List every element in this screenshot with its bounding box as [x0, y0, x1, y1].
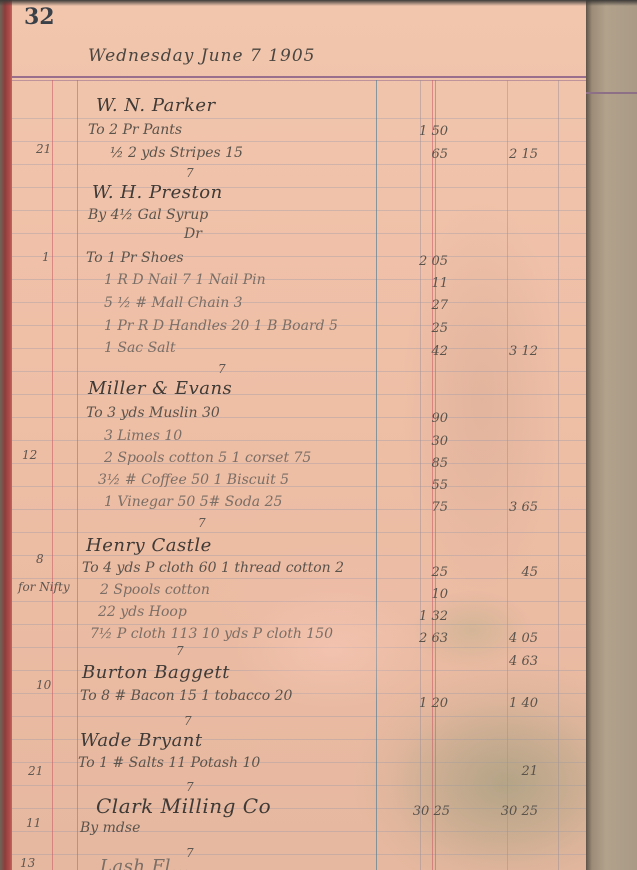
entry-day-marker: 7 [218, 362, 226, 376]
entry-day-marker: 7 [184, 714, 192, 728]
date-heading: Wednesday June 7 1905 [88, 46, 315, 66]
entry-margin-day: 8 [36, 552, 44, 566]
entry-line: 3 Limes 10 [104, 428, 182, 444]
entry-name: W. H. Preston [92, 182, 223, 203]
entry-line: To 1 # Salts 11 Potash 10 [78, 755, 260, 771]
entry-total: 4 05 [478, 631, 538, 646]
line-amount: 85 [398, 456, 448, 471]
line-amount: 1 50 [398, 124, 448, 139]
line-amount: 25 [398, 565, 448, 580]
entry-total: 3 65 [478, 500, 538, 515]
line-amount: 2 63 [398, 631, 448, 646]
line-amount: 75 [398, 500, 448, 515]
entry-line: 7½ P cloth 113 10 yds P cloth 150 [90, 626, 333, 642]
entry-total: 45 [478, 565, 538, 580]
entry-line: 3½ # Coffee 50 1 Biscuit 5 [98, 472, 289, 488]
entry-margin-day: 21 [28, 764, 43, 778]
entry-name: Miller & Evans [88, 378, 232, 399]
entry-line: To 2 Pr Pants [88, 122, 182, 138]
entry-line: By 4½ Gal Syrup [88, 207, 208, 223]
entry-name: Burton Baggett [82, 662, 230, 683]
entry-name: Clark Milling Co [96, 794, 271, 818]
ledger-page-photo: 32 Wednesday June 7 1905 W. N. Parker 21… [0, 0, 637, 870]
margin-rule [52, 80, 53, 870]
entry-margin-day: 12 [22, 448, 37, 462]
line-amount: 10 [398, 587, 448, 602]
header-rule-secondary [12, 80, 586, 81]
entry-line: 1 Vinegar 50 5# Soda 25 [104, 494, 282, 510]
entry-day-marker: 7 [186, 780, 194, 794]
line-amount: 25 [398, 321, 448, 336]
entry-total: 2 15 [478, 147, 538, 162]
entry-total: 21 [478, 764, 538, 779]
entry-line: To 3 yds Muslin 30 [86, 405, 220, 421]
entry-line: 22 yds Hoop [98, 604, 187, 620]
line-amount: 1 32 [398, 609, 448, 624]
line-amount: 2 05 [398, 254, 448, 269]
entry-margin-day: 21 [36, 142, 51, 156]
header-rule [12, 76, 586, 78]
entry-name: Henry Castle [86, 535, 212, 556]
line-amount: 30 25 [380, 804, 450, 819]
entry-name: Lash Fl... [100, 856, 190, 870]
entry-total: 1 40 [478, 696, 538, 711]
entry-margin-day: 10 [36, 678, 51, 692]
entry-total: 3 12 [478, 344, 538, 359]
entry-day-marker: 7 [186, 166, 194, 180]
entry-line: By mdse [80, 820, 140, 836]
entry-line: Dr [184, 226, 202, 242]
line-amount: 30 [398, 434, 448, 449]
entry-total: 30 25 [478, 804, 538, 819]
entry-margin-day: 1 [42, 250, 50, 264]
facing-page-edge [586, 0, 637, 870]
line-amount: 27 [398, 298, 448, 313]
entry-line: 1 Pr R D Handles 20 1 B Board 5 [104, 318, 338, 334]
line-amount: 55 [398, 478, 448, 493]
entry-line: To 8 # Bacon 15 1 tobacco 20 [80, 688, 292, 704]
entry-line: 1 R D Nail 7 1 Nail Pin [104, 272, 266, 288]
line-amount: 90 [398, 411, 448, 426]
line-amount: 42 [398, 344, 448, 359]
line-amount: 65 [398, 147, 448, 162]
entry-line: To 4 yds P cloth 60 1 thread cotton 2 [82, 560, 344, 576]
top-shadow [0, 0, 637, 6]
margin-rule-2 [77, 80, 78, 870]
entry-name: Wade Bryant [80, 730, 203, 751]
entry-name: W. N. Parker [96, 95, 216, 116]
entry-line: ½ 2 yds Stripes 15 [110, 145, 243, 161]
line-amount: 11 [398, 276, 448, 291]
entry-margin-day: 11 [26, 816, 41, 830]
entry-total: 4 63 [478, 654, 538, 669]
entry-line: 2 Spools cotton [100, 582, 210, 598]
amount-column-rule [376, 80, 377, 870]
entry-line: 1 Sac Salt [104, 340, 176, 356]
entry-day-marker: 7 [198, 516, 206, 530]
entry-margin-day: 13 [20, 856, 35, 870]
entry-line: 2 Spools cotton 5 1 corset 75 [104, 450, 311, 466]
page-number: 32 [24, 4, 55, 30]
entry-line: 5 ½ # Mall Chain 3 [104, 295, 243, 311]
line-amount: 1 20 [398, 696, 448, 711]
margin-note: for Nifty [18, 580, 70, 594]
entry-day-marker: 7 [176, 644, 184, 658]
entry-line: To 1 Pr Shoes [86, 250, 184, 266]
